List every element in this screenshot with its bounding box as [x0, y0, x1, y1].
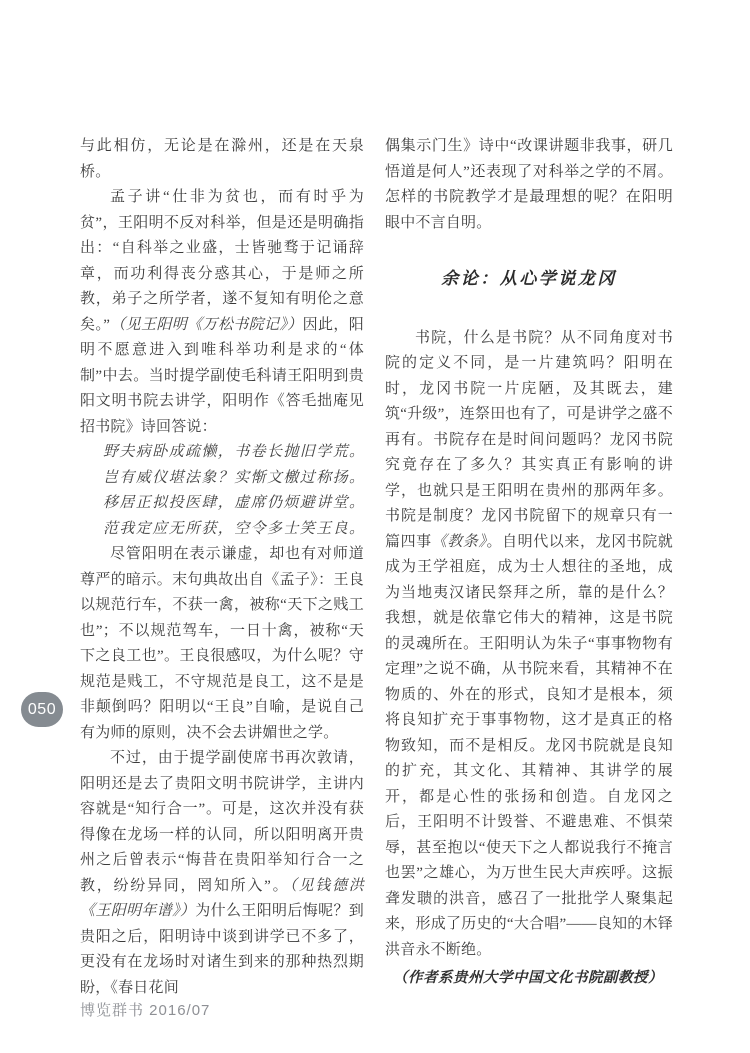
paragraph: 孟子讲“仕非为贫也，而有时乎为贫”，王阳明不反对科举，但是还是明确指出：“自科举… — [80, 185, 364, 440]
poem-line: 野夫病卧成疏懒，书卷长抛旧学荒。 — [103, 440, 364, 466]
paragraph: 不过，由于提学副使席书再次敦请，阳明还是去了贵阳文明书院讲学，主讲内容就是“知行… — [80, 746, 364, 1001]
poem-line: 岂有威仪堪法象？实惭文檄过称扬。 — [103, 466, 364, 492]
left-text-column: 与此相仿，无论是在滁州，还是在天泉桥。 孟子讲“仕非为贫也，而有时乎为贫”，王阳… — [80, 134, 364, 1001]
poem-block: 野夫病卧成疏懒，书卷长抛旧学荒。岂有威仪堪法象？实惭文檄过称扬。移居正拟投医肆，… — [103, 440, 364, 542]
paragraph: 偶集示门生》诗中“改课讲题非我事，研几悟道是何人”还表现了对科举之学的不屑。怎样… — [385, 134, 673, 236]
section-heading: 余论：从心学说龙冈 — [385, 266, 673, 292]
right-text-column: 偶集示门生》诗中“改课讲题非我事，研几悟道是何人”还表现了对科举之学的不屑。怎样… — [385, 134, 673, 992]
body-text: 因此，阳明不愿意进入到唯科举功利是求的“体制”中去。当时提学副使毛科请王阳明到贵… — [80, 317, 364, 435]
citation-text: （见王阳明《万松书院记》） — [110, 317, 303, 333]
poem-line: 范我定应无所获，空令多士笑王良。 — [103, 517, 364, 543]
paragraph: 与此相仿，无论是在滁州，还是在天泉桥。 — [80, 134, 364, 185]
body-text: 书院，什么是书院？从不同角度对书院的定义不同，是一片建筑吗？阳明在时，龙冈书院一… — [385, 330, 673, 550]
body-text: 。自明代以来，龙冈书院就成为王学祖庭，成为士人想往的圣地，成为当地夷汉诸民祭拜之… — [385, 534, 673, 958]
poem-line: 移居正拟投医肆，虚席仍烦避讲堂。 — [103, 491, 364, 517]
body-text: 不过，由于提学副使席书再次敦请，阳明还是去了贵阳文明书院讲学，主讲内容就是“知行… — [80, 750, 364, 894]
author-note: （作者系贵州大学中国文化书院副教授） — [385, 966, 673, 992]
journal-footer: 博览群书 2016/07 — [80, 999, 210, 1020]
body-text: 孟子讲“仕非为贫也，而有时乎为贫”，王阳明不反对科举，但是还是明确指出：“自科举… — [80, 189, 364, 333]
paragraph: 书院，什么是书院？从不同角度对书院的定义不同，是一片建筑吗？阳明在时，龙冈书院一… — [385, 326, 673, 964]
page-number-badge: 050 — [21, 692, 63, 727]
paragraph: 尽管阳明在表示谦虚，却也有对师道尊严的暗示。末句典故出自《孟子》：王良以规范行车… — [80, 542, 364, 746]
citation-text: 《教条》 — [432, 534, 487, 550]
